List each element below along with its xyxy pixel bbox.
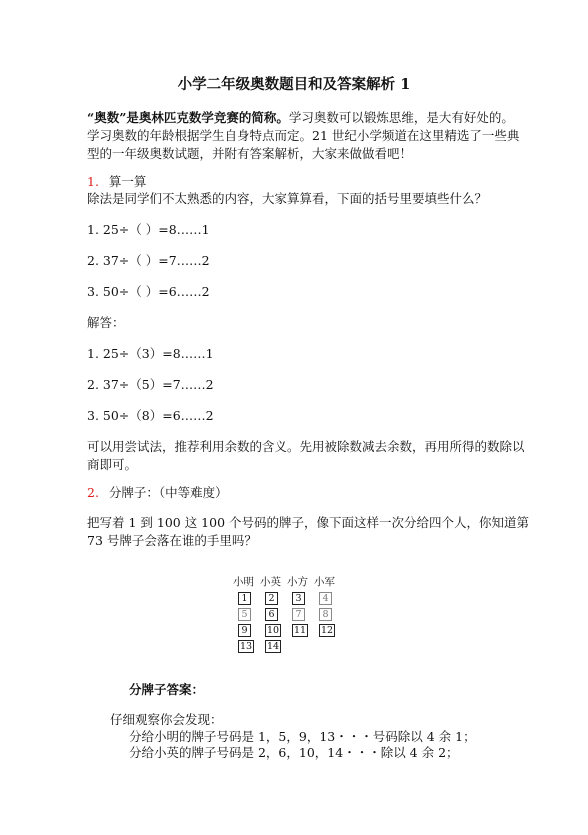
section-1-heading: 1. 算一算 (87, 174, 146, 190)
card: 7 (292, 608, 305, 621)
answer-3: 3. 50÷（8）=6……2 (87, 408, 214, 424)
question-3: 3. 50÷（ ）=6……2 (87, 284, 210, 300)
card: 13 (238, 640, 254, 653)
document-page: 小学二年级奥数题目和及答案解析 1 “奥数”是奥林匹克数学竞赛的简称。学习奥数可… (0, 0, 588, 835)
card: 6 (265, 608, 278, 621)
card: 12 (319, 624, 335, 637)
observation-2: 分给小英的牌子号码是 2，6，10，14・・・除以 4 余 2； (129, 745, 459, 761)
card-distribution-figure: 小明 小英 小方 小军 1 2 3 4 5 6 7 8 9 10 11 12 1… (233, 574, 343, 654)
intro-line-2: 学习奥数的年龄根据学生自身特点而定。21 世纪小学频道在这里精选了一些典 (87, 128, 519, 144)
figure-name-xiaoming: 小明 (233, 574, 260, 590)
figure-name-xiaojun: 小军 (314, 574, 341, 590)
figure-name-row: 小明 小英 小方 小军 (233, 574, 343, 590)
answer-heading: 分牌子答案： (129, 682, 204, 698)
card: 9 (238, 624, 251, 637)
answer-1: 1. 25÷（3）=8……1 (87, 346, 214, 362)
card: 1 (238, 592, 251, 605)
section-1-number: 1. (87, 174, 99, 189)
section-2-prompt-line-2: 73 号牌子会落在谁的手里吗？ (87, 533, 257, 549)
card: 10 (265, 624, 281, 637)
document-title: 小学二年级奥数题目和及答案解析 1 (0, 75, 588, 95)
section-2-number: 2. (87, 485, 99, 500)
card: 2 (265, 592, 278, 605)
card: 14 (265, 640, 281, 653)
card: 5 (238, 608, 251, 621)
section-1-title: 算一算 (109, 174, 147, 189)
card: 3 (292, 592, 305, 605)
explanation-line-1: 可以用尝试法，推荐利用余数的含义。先用被除数减去余数，再用所得的数除以 (87, 439, 525, 455)
figure-row: 9 10 11 12 (233, 622, 343, 638)
question-1: 1. 25÷（ ）=8……1 (87, 222, 210, 238)
section-2-prompt-line-1: 把写着 1 到 100 这 100 个号码的牌子，像下面这样一次分给四个人，你知… (87, 515, 529, 531)
observation-intro: 仔细观察你会发现： (110, 712, 223, 728)
card: 8 (319, 608, 332, 621)
section-1-prompt: 除法是同学们不太熟悉的内容，大家算算看，下面的括号里要填些什么？ (87, 191, 487, 207)
figure-name-xiaofang: 小方 (287, 574, 314, 590)
figure-name-xiaoying: 小英 (260, 574, 287, 590)
section-2-title: 分牌子：（中等难度） (109, 485, 228, 500)
card: 4 (319, 592, 332, 605)
question-2: 2. 37÷（ ）=7……2 (87, 253, 210, 269)
explanation-line-2: 商即可。 (87, 457, 137, 473)
answer-label: 解答： (87, 315, 125, 331)
intro-line-3: 型的一年级奥数试题，并附有答案解析，大家来做做看吧！ (87, 146, 412, 162)
observation-1: 分给小明的牌子号码是 1，5，9，13・・・号码除以 4 余 1； (129, 729, 476, 745)
figure-row: 13 14 (233, 638, 343, 654)
intro-bold-lead: “奥数”是奥林匹克数学竞赛的简称。 (87, 110, 289, 125)
answer-2: 2. 37÷（5）=7……2 (87, 377, 214, 393)
intro-line-1-rest: 学习奥数可以锻炼思维，是大有好处的。 (289, 110, 514, 125)
figure-row: 1 2 3 4 (233, 590, 343, 606)
card: 11 (292, 624, 308, 637)
figure-row: 5 6 7 8 (233, 606, 343, 622)
intro-line-1: “奥数”是奥林匹克数学竞赛的简称。学习奥数可以锻炼思维，是大有好处的。 (87, 110, 514, 126)
section-2-heading: 2. 分牌子：（中等难度） (87, 485, 228, 501)
